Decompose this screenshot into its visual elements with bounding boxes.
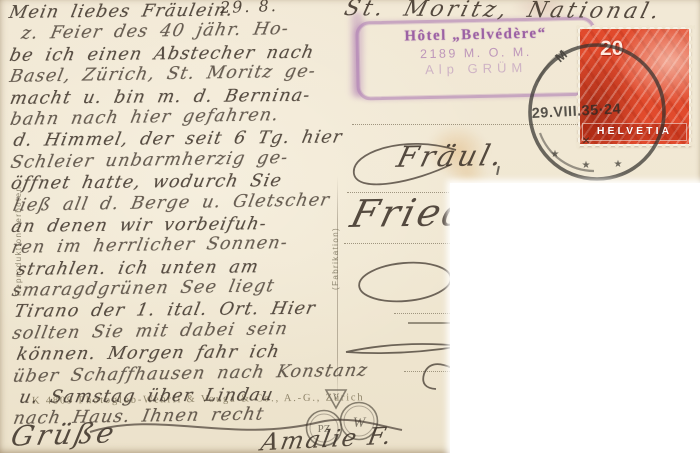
message-line: Basel, Zürich, St. Moritz ge-: [8, 61, 363, 89]
postmark: 29.VIII.35·24 M × ★ ★ ★: [524, 38, 674, 190]
postmark-star-icon: ★: [582, 160, 591, 171]
postmark-town-letter: M: [552, 47, 570, 65]
stamp-perforation: [687, 23, 695, 150]
postmark-star-icon: ★: [551, 149, 560, 160]
postmark-date: 29.VIII.35·24: [531, 101, 621, 122]
message-line: ren im herrlicher Sonnen-: [9, 232, 364, 260]
handwritten-location: St. Moritz, National.: [342, 0, 666, 24]
handwritten-message: Mein liebes Fräulein.z. Feier des 40 jäh…: [7, 0, 361, 431]
stamp-perforation: [574, 23, 695, 31]
postcard-back: Reproduktion verboten (Fabrikation) K 48…: [0, 0, 700, 453]
privacy-white-block: [450, 183, 700, 453]
closing-flourish: [80, 408, 410, 453]
handwritten-date: 29. 8.: [220, 0, 278, 17]
message-line: z. Feier des 40 jähr. Ho-: [19, 18, 362, 45]
postmark-cross: ×: [582, 132, 590, 148]
postmark-star-icon: ★: [614, 159, 623, 170]
